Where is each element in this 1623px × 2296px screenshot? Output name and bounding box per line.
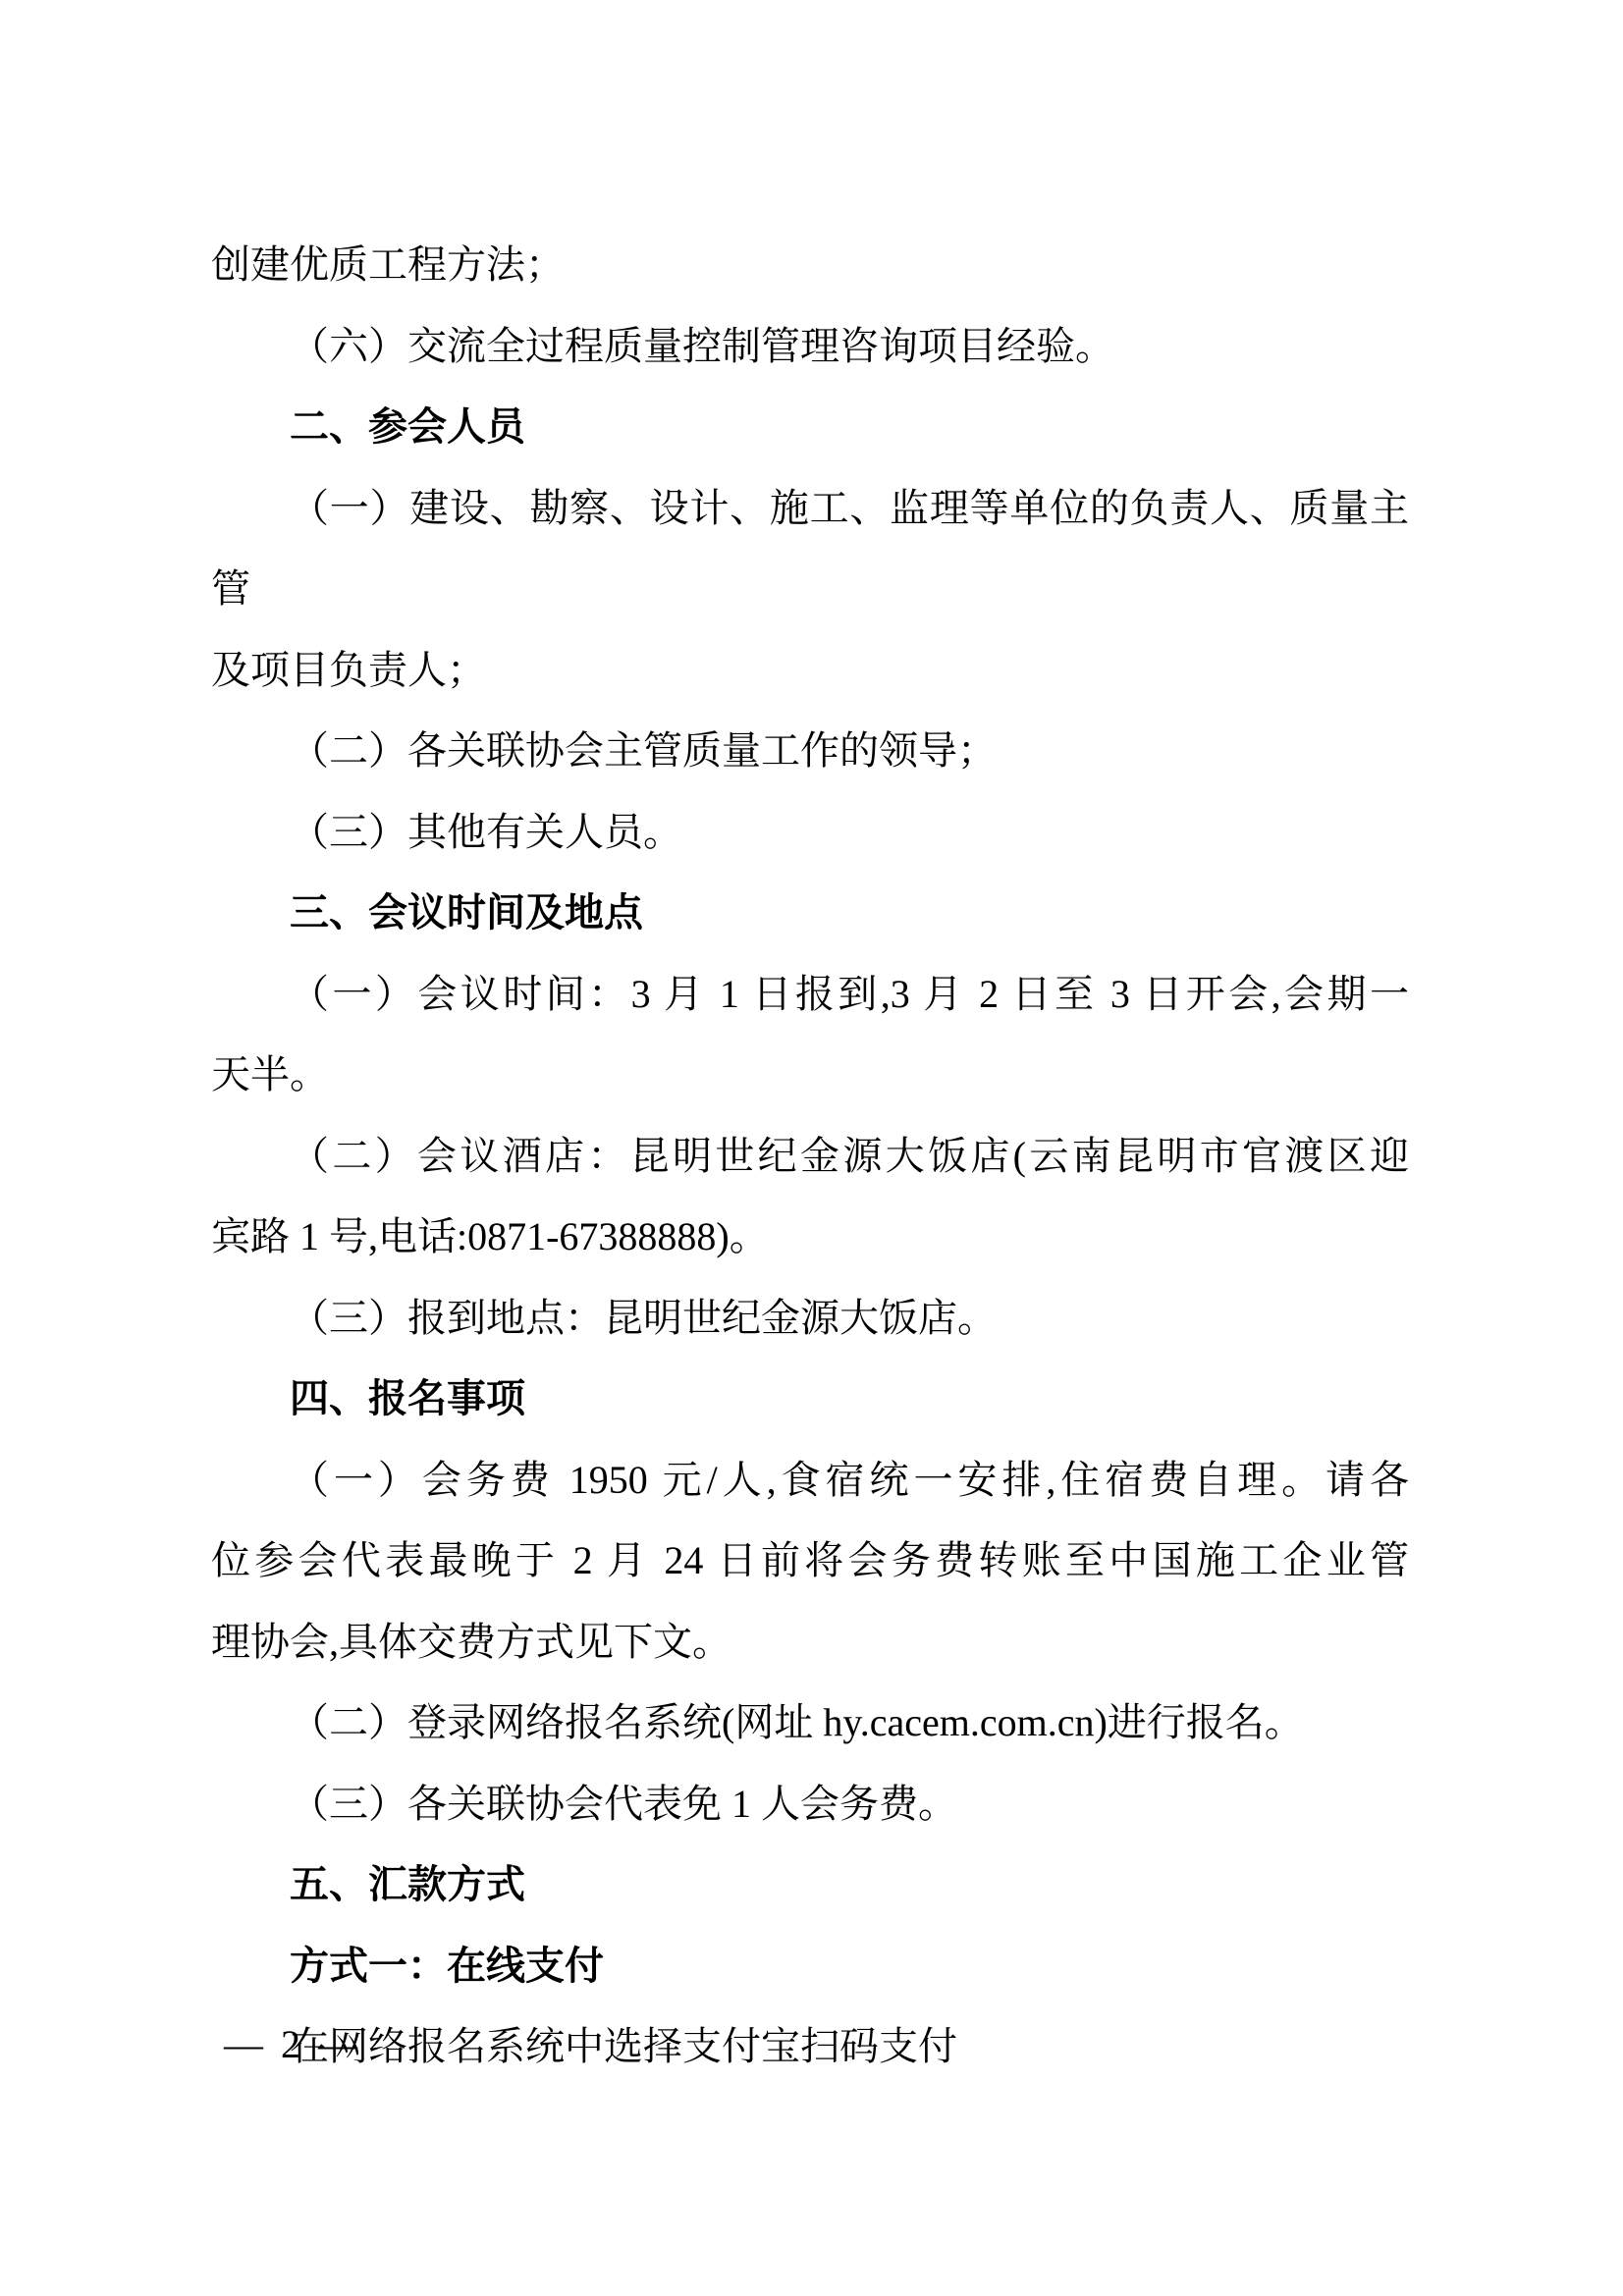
item-3-other-personnel: （三）其他有关人员。 — [211, 792, 1409, 874]
heading-participants: 二、参会人员 — [211, 387, 1409, 468]
heading-time-location: 三、会议时间及地点 — [211, 873, 1409, 954]
line-cont-quality-method: 创建优质工程方法； — [211, 225, 1409, 306]
item-3-checkin-location: （三）报到地点：昆明世纪金源大饭店。 — [211, 1278, 1409, 1360]
line-alipay-payment: 在网络报名系统中选择支付宝扫码支付 — [211, 2006, 1409, 2088]
line-cont-payment-method: 理协会,具体交费方式见下文。 — [211, 1602, 1409, 1683]
item-6-experience: （六）交流全过程质量控制管理咨询项目经验。 — [211, 306, 1409, 388]
heading-remittance: 五、汇款方式 — [211, 1844, 1409, 1926]
line-cont-duration: 天半。 — [211, 1035, 1409, 1116]
subheading-method-one: 方式一：在线支付 — [211, 1926, 1409, 2007]
item-2-hotel: （二）会议酒店：昆明世纪金源大饭店(云南昆明市官渡区迎 — [211, 1116, 1409, 1198]
item-2-online-registration: （二）登录网络报名系统(网址 hy.cacem.com.cn)进行报名。 — [211, 1682, 1409, 1764]
item-3-free-representative: （三）各关联协会代表免 1 人会务费。 — [211, 1764, 1409, 1845]
item-2-association-leaders: （二）各关联协会主管质量工作的领导； — [211, 711, 1409, 792]
line-cont-transfer: 位参会代表最晚于 2 月 24 日前将会务费转账至中国施工企业管 — [211, 1521, 1409, 1602]
heading-registration: 四、报名事项 — [211, 1359, 1409, 1440]
item-1-meeting-time: （一）会议时间：3 月 1 日报到,3 月 2 日至 3 日开会,会期一 — [211, 954, 1409, 1036]
line-cont-hotel-address: 宾路 1 号,电话:0871-67388888)。 — [211, 1197, 1409, 1278]
item-1-participants: （一）建设、勘察、设计、施工、监理等单位的负责人、质量主管 — [211, 468, 1409, 630]
page-number: — 2 — — [224, 2004, 361, 2086]
line-cont-project-leaders: 及项目负责人； — [211, 630, 1409, 712]
item-1-fee: （一）会务费 1950 元/人,食宿统一安排,住宿费自理。请各 — [211, 1440, 1409, 1522]
document-body: 创建优质工程方法； （六）交流全过程质量控制管理咨询项目经验。 二、参会人员 （… — [211, 225, 1409, 2088]
